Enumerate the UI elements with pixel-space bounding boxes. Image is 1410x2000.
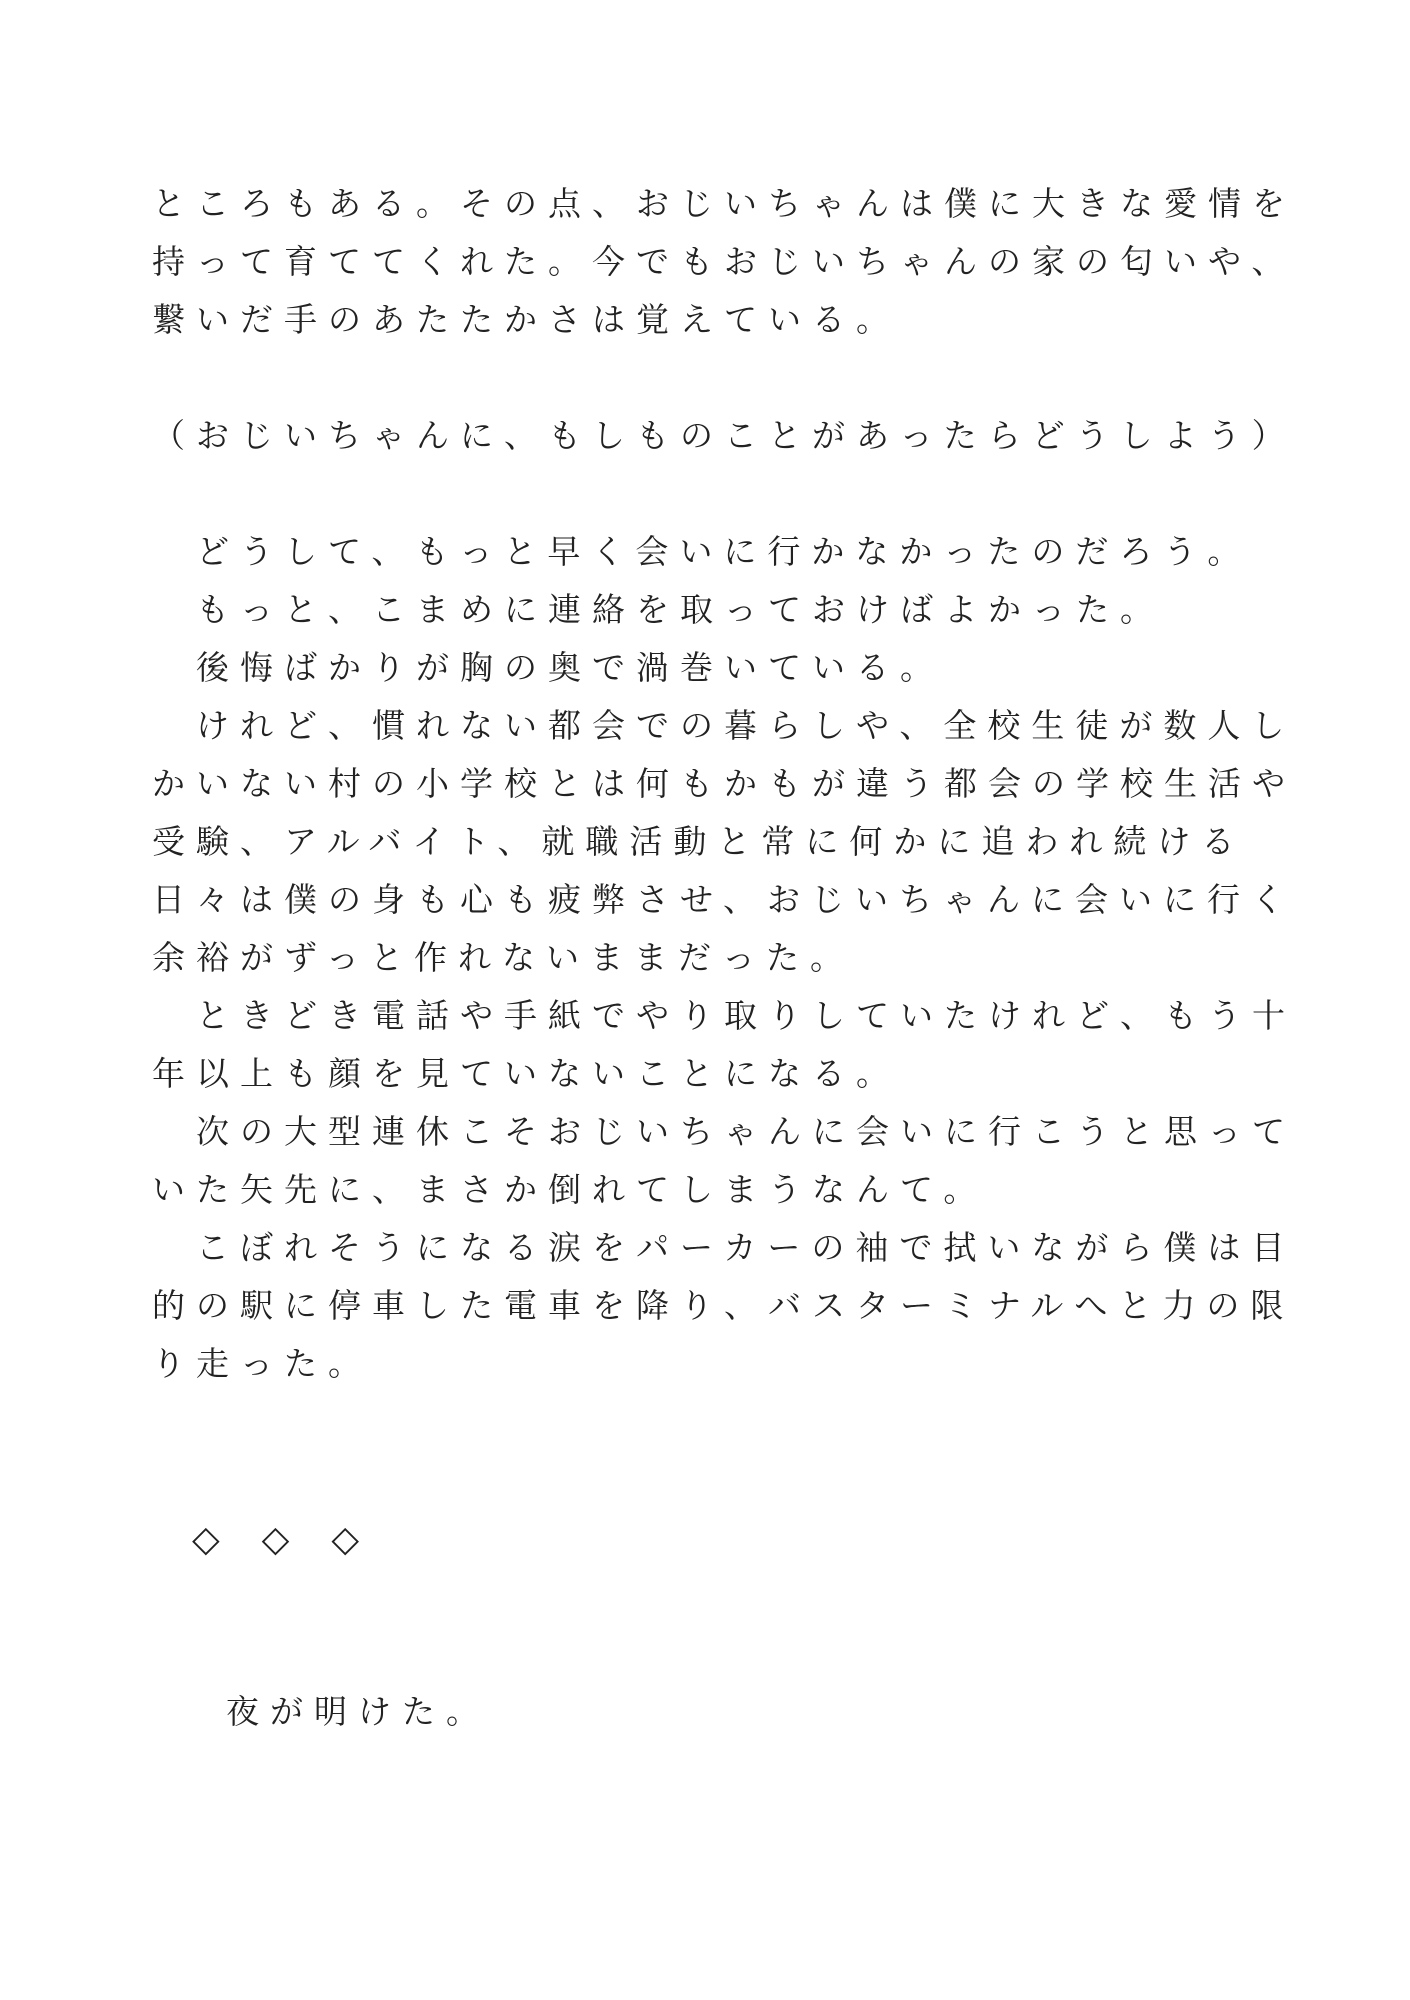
text-line: 後悔ばかりが胸の奥で渦巻いている。 <box>152 640 1270 698</box>
text-line-parenthetical: （おじいちゃんに、もしものことがあったらどうしよう） <box>152 408 1270 466</box>
text-line: もっと、こまめに連絡を取っておけばよかった。 <box>152 582 1270 640</box>
text-line: 持って育ててくれた。今でもおじいちゃんの家の匂いや、 <box>152 234 1270 292</box>
text-line: どうして、もっと早く会いに行かなかったのだろう。 <box>152 524 1270 582</box>
text-line: 年以上も顔を見ていないことになる。 <box>152 1046 1270 1104</box>
text-line: 受験、アルバイト、就職活動と常に何かに追われ続ける <box>152 814 1270 872</box>
text-line: ところもある。その点、おじいちゃんは僕に大きな愛情を <box>152 176 1270 234</box>
novel-text: ところもある。その点、おじいちゃんは僕に大きな愛情を 持って育ててくれた。今でも… <box>152 176 1270 1742</box>
text-line: り走った。 <box>152 1336 1270 1394</box>
section-divider-diamonds: ◇ ◇ ◇ <box>152 1510 1270 1568</box>
text-line: かいない村の小学校とは何もかもが違う都会の学校生活や <box>152 756 1270 814</box>
text-line: けれど、慣れない都会での暮らしや、全校生徒が数人し <box>152 698 1270 756</box>
text-line: ときどき電話や手紙でやり取りしていたけれど、もう十 <box>152 988 1270 1046</box>
book-page: ところもある。その点、おじいちゃんは僕に大きな愛情を 持って育ててくれた。今でも… <box>0 0 1410 2000</box>
text-line: 繋いだ手のあたたかさは覚えている。 <box>152 292 1270 350</box>
text-line: 余裕がずっと作れないままだった。 <box>152 930 1270 988</box>
text-line: 日々は僕の身も心も疲弊させ、おじいちゃんに会いに行く <box>152 872 1270 930</box>
text-line: 的の駅に停車した電車を降り、バスターミナルへと力の限 <box>152 1278 1270 1336</box>
text-line: いた矢先に、まさか倒れてしまうなんて。 <box>152 1162 1270 1220</box>
text-line: こぼれそうになる涙をパーカーの袖で拭いながら僕は目 <box>152 1220 1270 1278</box>
text-line: 次の大型連休こそおじいちゃんに会いに行こうと思って <box>152 1104 1270 1162</box>
closing-line: 夜が明けた。 <box>152 1684 1270 1742</box>
